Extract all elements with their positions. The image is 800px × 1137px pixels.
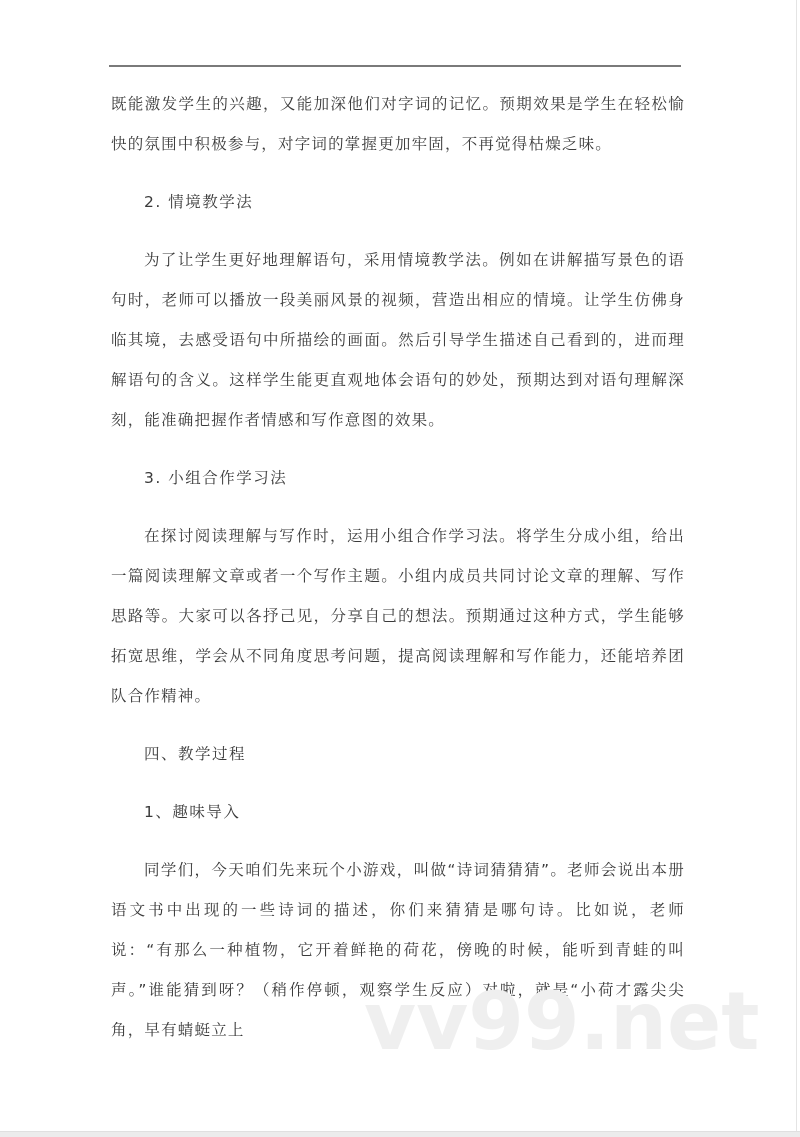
heading-situational-teaching: 2. 情境教学法 bbox=[111, 182, 685, 222]
spacer bbox=[111, 222, 685, 240]
document-body: 既能激发学生的兴趣，又能加深他们对字词的记忆。预期效果是学生在轻松愉快的氛围中积… bbox=[111, 84, 685, 1050]
heading-teaching-process: 四、教学过程 bbox=[111, 734, 685, 774]
spacer bbox=[111, 832, 685, 850]
heading-fun-introduction: 1、趣味导入 bbox=[111, 792, 685, 832]
spacer bbox=[111, 440, 685, 458]
paragraph-situational-teaching: 为了让学生更好地理解语句，采用情境教学法。例如在讲解描写景色的语句时，老师可以播… bbox=[111, 240, 685, 440]
spacer bbox=[111, 716, 685, 734]
spacer bbox=[111, 774, 685, 792]
heading-group-cooperation: 3. 小组合作学习法 bbox=[111, 458, 685, 498]
paragraph-continuation: 既能激发学生的兴趣，又能加深他们对字词的记忆。预期效果是学生在轻松愉快的氛围中积… bbox=[111, 84, 685, 164]
spacer bbox=[111, 498, 685, 516]
page-bottom-edge bbox=[0, 1131, 800, 1137]
paragraph-fun-introduction: 同学们，今天咱们先来玩个小游戏，叫做“诗词猜猜猜”。老师会说出本册语文书中出现的… bbox=[111, 850, 685, 1050]
paragraph-group-cooperation: 在探讨阅读理解与写作时，运用小组合作学习法。将学生分成小组，给出一篇阅读理解文章… bbox=[111, 516, 685, 716]
spacer bbox=[111, 164, 685, 182]
document-page: 既能激发学生的兴趣，又能加深他们对字词的记忆。预期效果是学生在轻松愉快的氛围中积… bbox=[0, 0, 797, 1131]
header-rule bbox=[109, 65, 681, 67]
